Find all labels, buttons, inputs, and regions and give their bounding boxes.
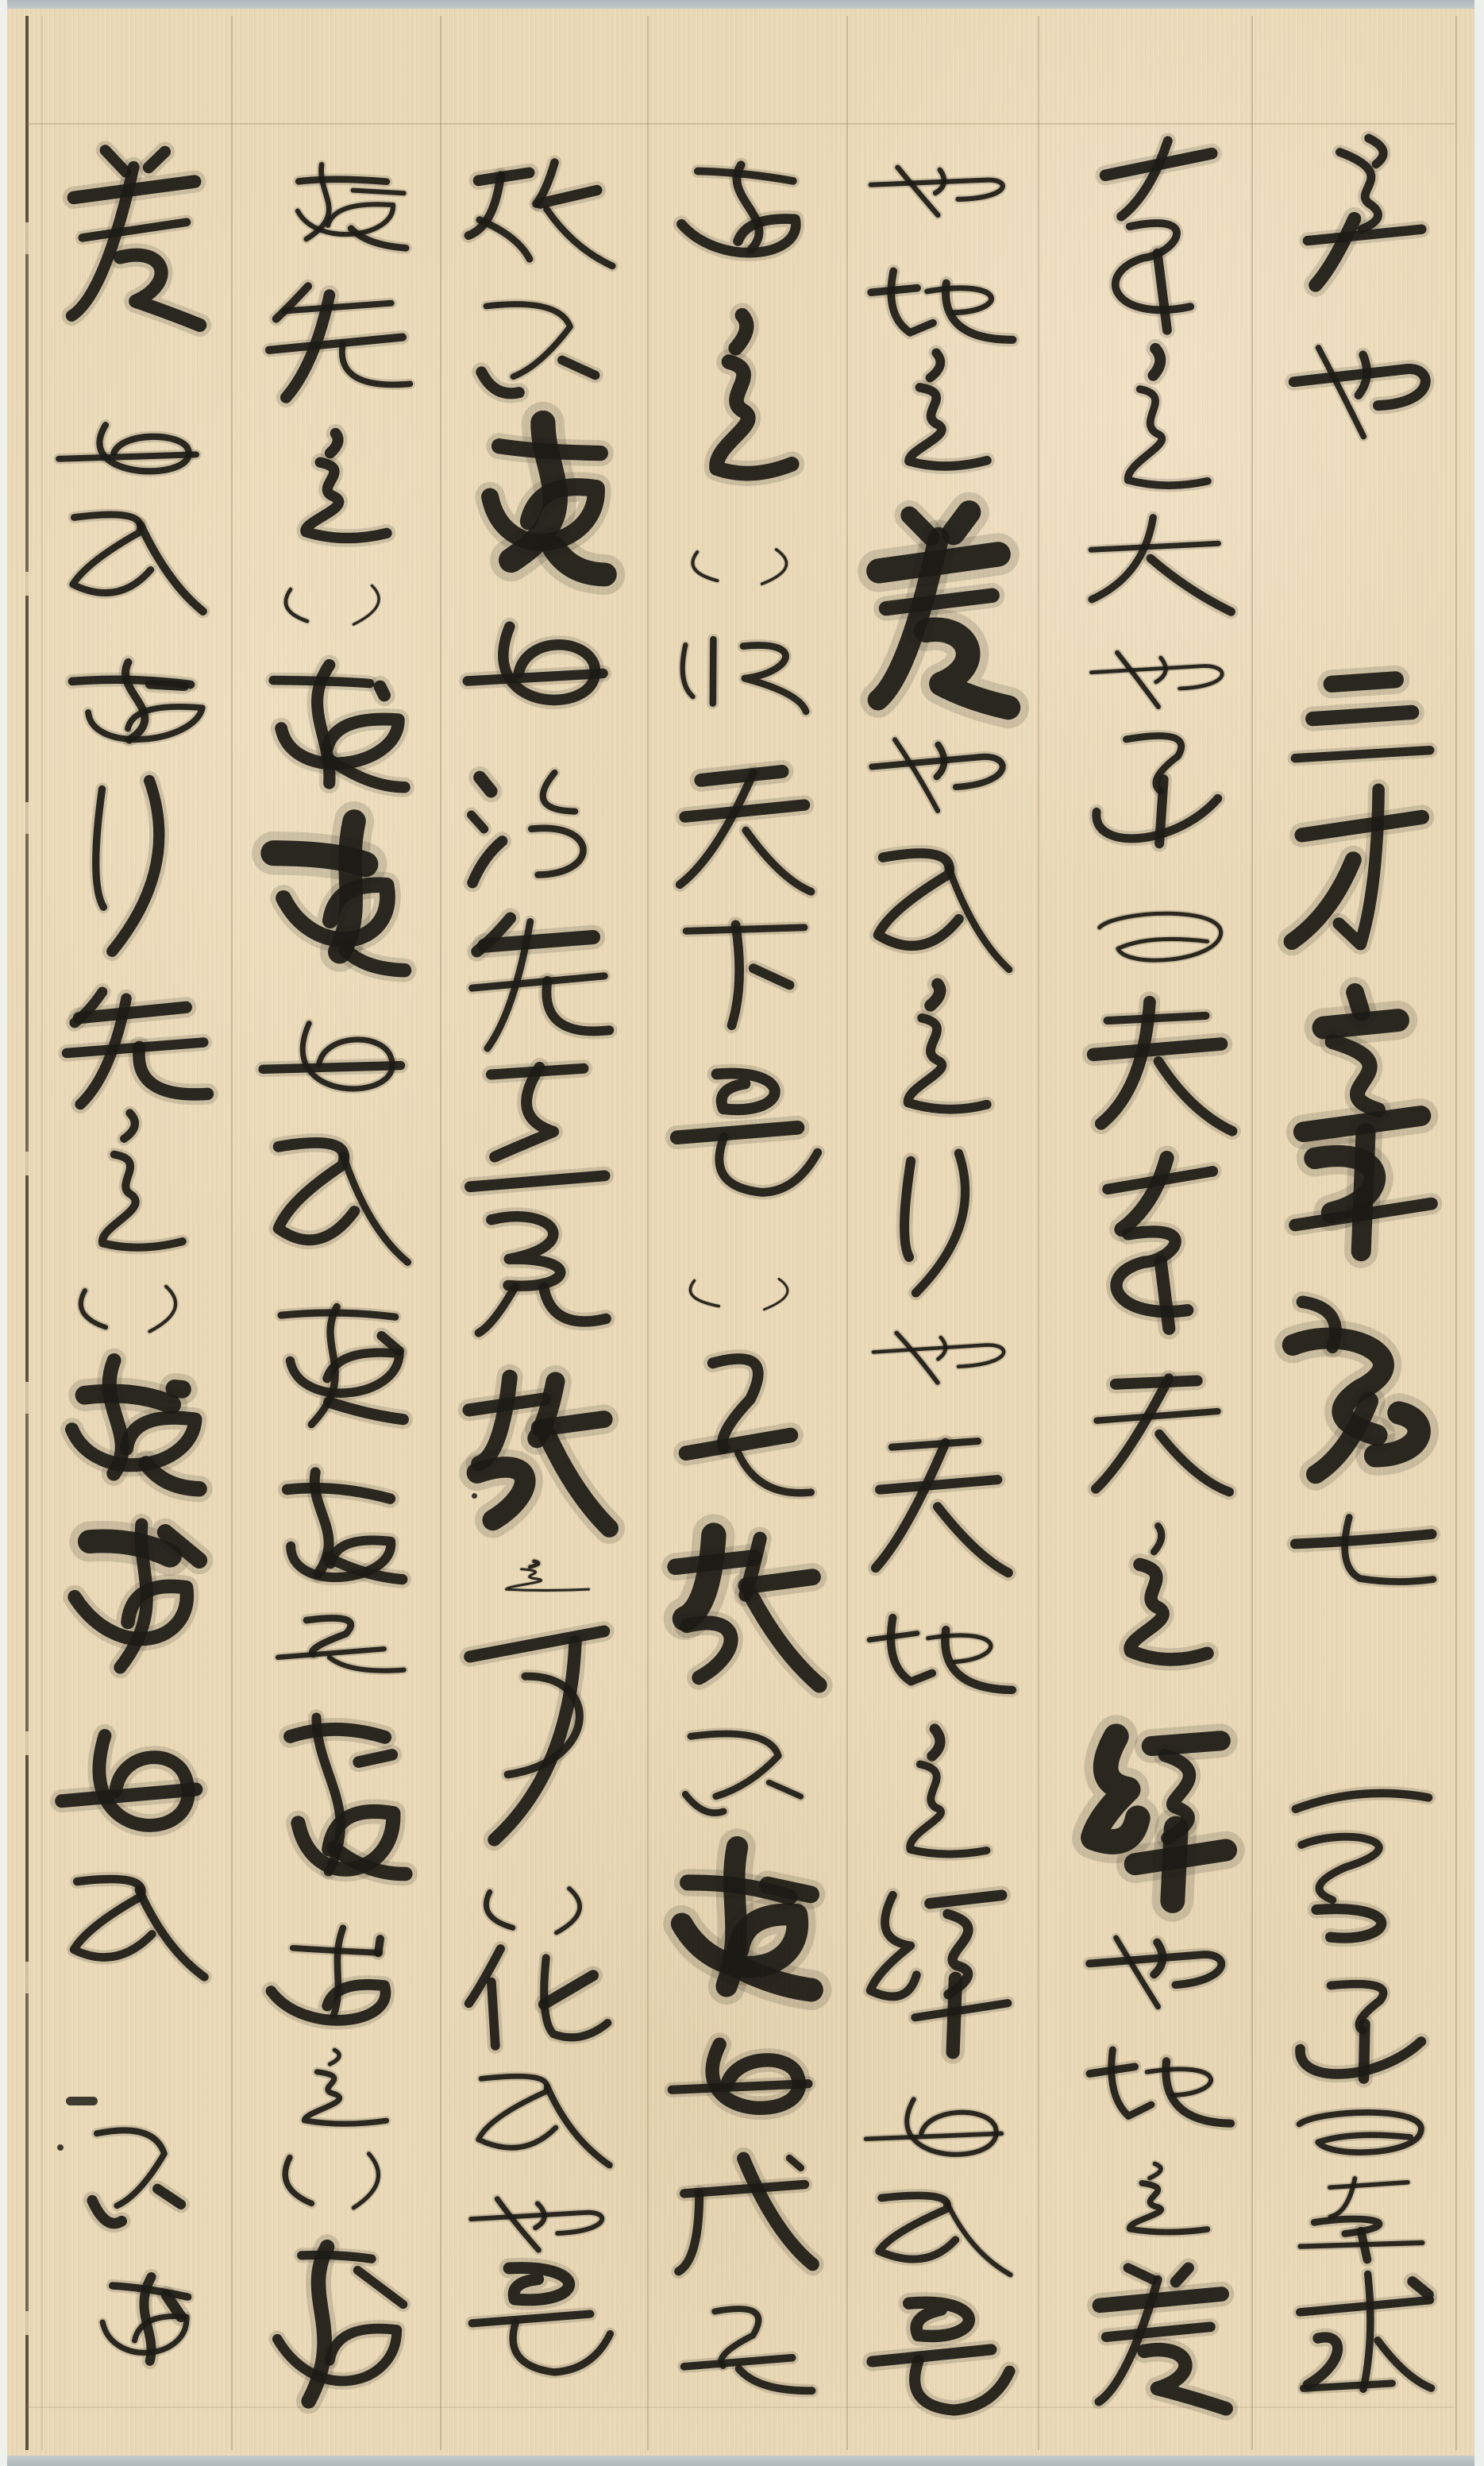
brush-strokes xyxy=(864,2296,1015,2424)
column-rule-left-border xyxy=(25,16,29,2450)
brush-strokes xyxy=(1286,2178,1437,2265)
glyph: 也 xyxy=(864,727,1015,818)
brush-strokes xyxy=(864,980,1015,1117)
brush-strokes xyxy=(669,2302,820,2409)
glyph: 其 xyxy=(261,1612,412,1684)
top-margin-rule xyxy=(26,123,1455,125)
glyph: 以 xyxy=(669,545,820,589)
brush-strokes xyxy=(463,1882,614,1938)
glyph: 地 xyxy=(864,1612,1015,1698)
brush-strokes xyxy=(1084,1370,1235,1497)
brush-strokes xyxy=(58,1866,209,1980)
glyph: 地 xyxy=(1084,2045,1235,2131)
brush-strokes xyxy=(463,2263,614,2383)
glyph: 之 xyxy=(58,1112,209,1256)
brush-strokes xyxy=(463,1370,614,1538)
brush-strokes xyxy=(1084,1730,1235,1906)
glyph: 教 xyxy=(669,1527,820,1694)
brush-strokes xyxy=(463,157,614,271)
brush-strokes xyxy=(58,502,209,616)
glyph: 民 xyxy=(58,1866,209,1980)
glyph: 曰 xyxy=(1286,2105,1437,2166)
glyph: 義 xyxy=(1084,2259,1235,2414)
brush-strokes xyxy=(864,1326,1015,1387)
chapter-title-glyph: 第 xyxy=(1286,1279,1437,1497)
brush-strokes xyxy=(1084,1522,1235,1668)
glyph: 也 xyxy=(864,160,1015,221)
glyph: 孝 xyxy=(1084,134,1235,333)
column-rule xyxy=(231,16,233,2450)
brush-strokes xyxy=(669,1345,820,1522)
brush-strokes xyxy=(1084,514,1235,616)
brush-strokes xyxy=(669,1066,820,1208)
brush-strokes xyxy=(463,1561,614,1592)
glyph: 之 xyxy=(669,311,820,484)
brush-strokes xyxy=(1084,1001,1235,1137)
glyph: 以 xyxy=(58,1280,209,1337)
glyph: 教 xyxy=(463,1370,614,1538)
brush-strokes xyxy=(864,1728,1015,1862)
glyph: 其 xyxy=(669,1345,820,1522)
column-rule xyxy=(41,16,43,2450)
brush-strokes xyxy=(261,162,412,254)
brush-strokes xyxy=(669,545,820,589)
glyph: 莫 xyxy=(261,1302,412,1430)
glyph: 爭 xyxy=(82,2272,201,2386)
glyph: 子 xyxy=(1084,727,1235,854)
glyph: 也 xyxy=(1084,1928,1235,2013)
glyph: 而 xyxy=(58,417,209,488)
glyph: 陳 xyxy=(261,1922,412,2033)
brush-strokes xyxy=(261,431,412,545)
glyph: 之 xyxy=(261,431,412,545)
brush-strokes xyxy=(261,1013,412,1112)
brush-strokes xyxy=(864,2186,1015,2278)
brush-strokes xyxy=(1084,727,1235,854)
glyph: 是 xyxy=(669,1066,820,1208)
glyph: 民 xyxy=(864,839,1015,975)
glyph: 以 xyxy=(669,1274,820,1314)
brush-strokes xyxy=(864,839,1015,975)
brush-strokes xyxy=(261,1302,412,1430)
brush-strokes xyxy=(261,658,412,800)
brush-strokes xyxy=(864,352,1015,474)
brush-strokes xyxy=(261,2240,412,2406)
brush-strokes xyxy=(864,504,1015,717)
glyph: 也 xyxy=(864,1326,1015,1387)
brush-strokes xyxy=(463,1206,614,1339)
glyph: 而 xyxy=(463,613,614,727)
brush-strokes xyxy=(463,2192,614,2256)
brush-strokes xyxy=(669,1274,820,1314)
glyph: 興 xyxy=(58,658,209,758)
chapter-title-glyph: 七 xyxy=(1286,1513,1437,1588)
brush-strokes xyxy=(261,1612,412,1684)
brush-strokes xyxy=(463,2065,614,2168)
glyph: 行 xyxy=(864,1147,1015,1299)
glyph: 可 xyxy=(463,1606,614,1843)
glyph: 天 xyxy=(669,762,820,897)
brush-strokes xyxy=(261,1708,412,1890)
brush-strokes xyxy=(864,1887,1015,2058)
column-rule xyxy=(1251,16,1253,2450)
column-rule xyxy=(846,16,848,2450)
brush-strokes xyxy=(58,1280,209,1337)
mount-edge-left xyxy=(0,0,7,2466)
glyph: 之 xyxy=(1084,1522,1235,1668)
glyph: 化 xyxy=(463,1942,614,2057)
brush-strokes xyxy=(669,160,820,266)
brush-strokes xyxy=(1084,2259,1235,2414)
glyph: 哉 xyxy=(1286,2275,1437,2402)
brush-strokes xyxy=(78,2118,197,2240)
brush-strokes xyxy=(1286,2105,1437,2166)
glyph: 義 xyxy=(58,141,209,332)
chapter-title-glyph: 三 xyxy=(1286,672,1437,775)
glyph: 民 xyxy=(463,2065,614,2168)
glyph: 之 xyxy=(864,352,1015,474)
brush-strokes xyxy=(669,1527,820,1694)
glyph: 經 xyxy=(864,1887,1015,2058)
brush-strokes xyxy=(1084,646,1235,712)
brush-strokes xyxy=(261,814,412,984)
column-rule xyxy=(440,16,441,2450)
brush-strokes xyxy=(463,1062,614,1198)
glyph: 遺 xyxy=(261,1469,412,1588)
glyph: 也 xyxy=(463,2192,614,2256)
brush-strokes xyxy=(1084,1152,1235,1329)
glyph: 博 xyxy=(261,658,412,800)
glyph: 德 xyxy=(261,2240,412,2406)
brush-strokes xyxy=(669,626,820,722)
brush-strokes xyxy=(1286,1279,1437,1497)
glyph: 大 xyxy=(1084,514,1235,616)
brush-strokes xyxy=(864,2089,1015,2174)
brush-strokes xyxy=(58,658,209,758)
glyph: 而 xyxy=(669,2034,820,2131)
brush-strokes xyxy=(669,2034,820,2131)
ink-mark xyxy=(66,2097,98,2105)
brush-strokes xyxy=(58,985,209,1112)
glyph: 之 xyxy=(1084,347,1235,494)
brush-strokes xyxy=(58,417,209,488)
brush-strokes xyxy=(1286,2275,1437,2402)
glyph: 之 xyxy=(864,1728,1015,1862)
glyph: 民 xyxy=(58,502,209,616)
glyph: 嚴 xyxy=(463,415,614,590)
chapter-title-glyph: 章 xyxy=(1286,989,1437,1251)
glyph: 治 xyxy=(463,765,614,894)
glyph: 先 xyxy=(261,282,412,403)
glyph: 而 xyxy=(261,1013,412,1112)
brush-strokes xyxy=(864,160,1015,221)
brush-strokes xyxy=(261,580,412,630)
brush-strokes xyxy=(58,141,209,332)
brush-strokes xyxy=(261,1126,412,1269)
glyph: 是 xyxy=(463,2263,614,2383)
brush-strokes xyxy=(1084,2163,1235,2237)
brush-strokes xyxy=(463,613,614,727)
brush-strokes xyxy=(1286,989,1437,1251)
glyph: 成 xyxy=(669,2152,820,2286)
glyph: 夫 xyxy=(1084,1001,1235,1137)
brush-strokes xyxy=(1286,672,1437,775)
glyph: 以 xyxy=(261,580,412,630)
glyph: 故 xyxy=(261,162,412,254)
glyph: 不 xyxy=(78,2118,197,2240)
glyph: 地 xyxy=(864,266,1015,347)
brush-strokes xyxy=(864,1612,1015,1698)
brush-strokes xyxy=(1286,334,1437,445)
glyph: 肅 xyxy=(669,1842,820,2002)
glyph: 先 xyxy=(463,909,614,1054)
glyph: 民 xyxy=(261,1126,412,1269)
glyph: 之 xyxy=(261,2049,412,2128)
glyph: 而 xyxy=(58,1719,209,1858)
mount-edge-top xyxy=(0,0,1484,9)
glyph: 不 xyxy=(463,294,614,408)
brush-strokes xyxy=(864,1147,1015,1299)
brush-strokes xyxy=(1286,778,1437,961)
glyph: 見 xyxy=(463,1206,614,1339)
brush-strokes xyxy=(58,1517,209,1679)
column-rule-right-border xyxy=(1455,16,1457,2450)
brush-strokes xyxy=(864,1431,1015,1578)
mount-edge-bottom xyxy=(0,2456,1484,2466)
brush-strokes xyxy=(463,1606,614,1843)
glyph: 也 xyxy=(1084,646,1235,712)
glyph: 順 xyxy=(669,626,820,722)
brush-strokes xyxy=(261,2144,412,2216)
mount-edge-right xyxy=(1474,0,1484,2466)
brush-strokes xyxy=(1286,1513,1437,1588)
brush-strokes xyxy=(1286,135,1437,286)
brush-strokes xyxy=(669,311,820,484)
brush-strokes xyxy=(1286,1783,1437,1954)
brush-strokes xyxy=(669,762,820,897)
glyph: 則 xyxy=(669,160,820,266)
brush-strokes xyxy=(261,1469,412,1588)
glyph: 是 xyxy=(864,2296,1015,2424)
column-rule xyxy=(1038,16,1039,2450)
glyph: 之 xyxy=(864,980,1015,1117)
brush-strokes xyxy=(261,1922,412,2033)
brush-strokes xyxy=(1286,1976,1437,2087)
glyph: 有 xyxy=(1286,135,1437,286)
glyph: 以 xyxy=(261,2144,412,2216)
glyph: 之 xyxy=(1084,2163,1235,2237)
brush-strokes xyxy=(864,266,1015,347)
brush-strokes xyxy=(669,914,820,1031)
ink-dot xyxy=(57,2144,64,2151)
glyph: 行 xyxy=(58,772,209,956)
brush-strokes xyxy=(58,1719,209,1858)
brush-strokes xyxy=(1084,134,1235,333)
brush-strokes xyxy=(58,1112,209,1256)
glyph: 敬 xyxy=(58,1354,209,1500)
brush-strokes xyxy=(1084,2045,1235,2131)
glyph: 以 xyxy=(463,1882,614,1938)
glyph: 孝 xyxy=(1084,1152,1235,1329)
brush-strokes xyxy=(1084,1928,1235,2013)
glyph: 天 xyxy=(864,1431,1015,1578)
glyph: 政 xyxy=(463,157,614,271)
glyph: 也 xyxy=(1286,334,1437,445)
glyph: 經 xyxy=(1084,1730,1235,1906)
glyph: 子 xyxy=(1286,1976,1437,2087)
glyph: 曾 xyxy=(1286,1783,1437,1954)
chapter-title-glyph: 才 xyxy=(1286,778,1437,961)
brush-strokes xyxy=(669,1724,820,1826)
glyph: 義 xyxy=(864,504,1015,717)
brush-strokes xyxy=(463,1942,614,2057)
glyph: 天 xyxy=(1084,1370,1235,1497)
brush-strokes xyxy=(261,2049,412,2128)
brush-strokes xyxy=(463,415,614,590)
ink-dot xyxy=(472,1493,477,1499)
brush-strokes xyxy=(1084,347,1235,494)
column-rule xyxy=(647,16,649,2450)
glyph: 民 xyxy=(864,2186,1015,2278)
brush-strokes xyxy=(1084,904,1235,975)
glyph: 王 xyxy=(463,1062,614,1198)
glyph: 愛 xyxy=(261,814,412,984)
glyph: 先 xyxy=(58,985,209,1112)
glyph: 親 xyxy=(261,1708,412,1890)
brush-strokes xyxy=(463,294,614,408)
brush-strokes xyxy=(463,909,614,1054)
brush-strokes xyxy=(463,765,614,894)
brush-strokes xyxy=(669,1842,820,2002)
brush-strokes xyxy=(669,2152,820,2286)
brush-strokes xyxy=(58,772,209,956)
glyph: 不 xyxy=(669,1724,820,1826)
brush-strokes xyxy=(82,2272,201,2386)
glyph: 讓 xyxy=(58,1517,209,1679)
glyph: 甚 xyxy=(1286,2178,1437,2265)
glyph: 而 xyxy=(864,2089,1015,2174)
glyph: 下 xyxy=(669,914,820,1031)
glyph: 曰 xyxy=(1084,904,1235,975)
glyph: 之 xyxy=(463,1561,614,1592)
brush-strokes xyxy=(864,727,1015,818)
glyph: 其 xyxy=(669,2302,820,2409)
brush-strokes xyxy=(58,1354,209,1500)
brush-strokes xyxy=(261,282,412,403)
